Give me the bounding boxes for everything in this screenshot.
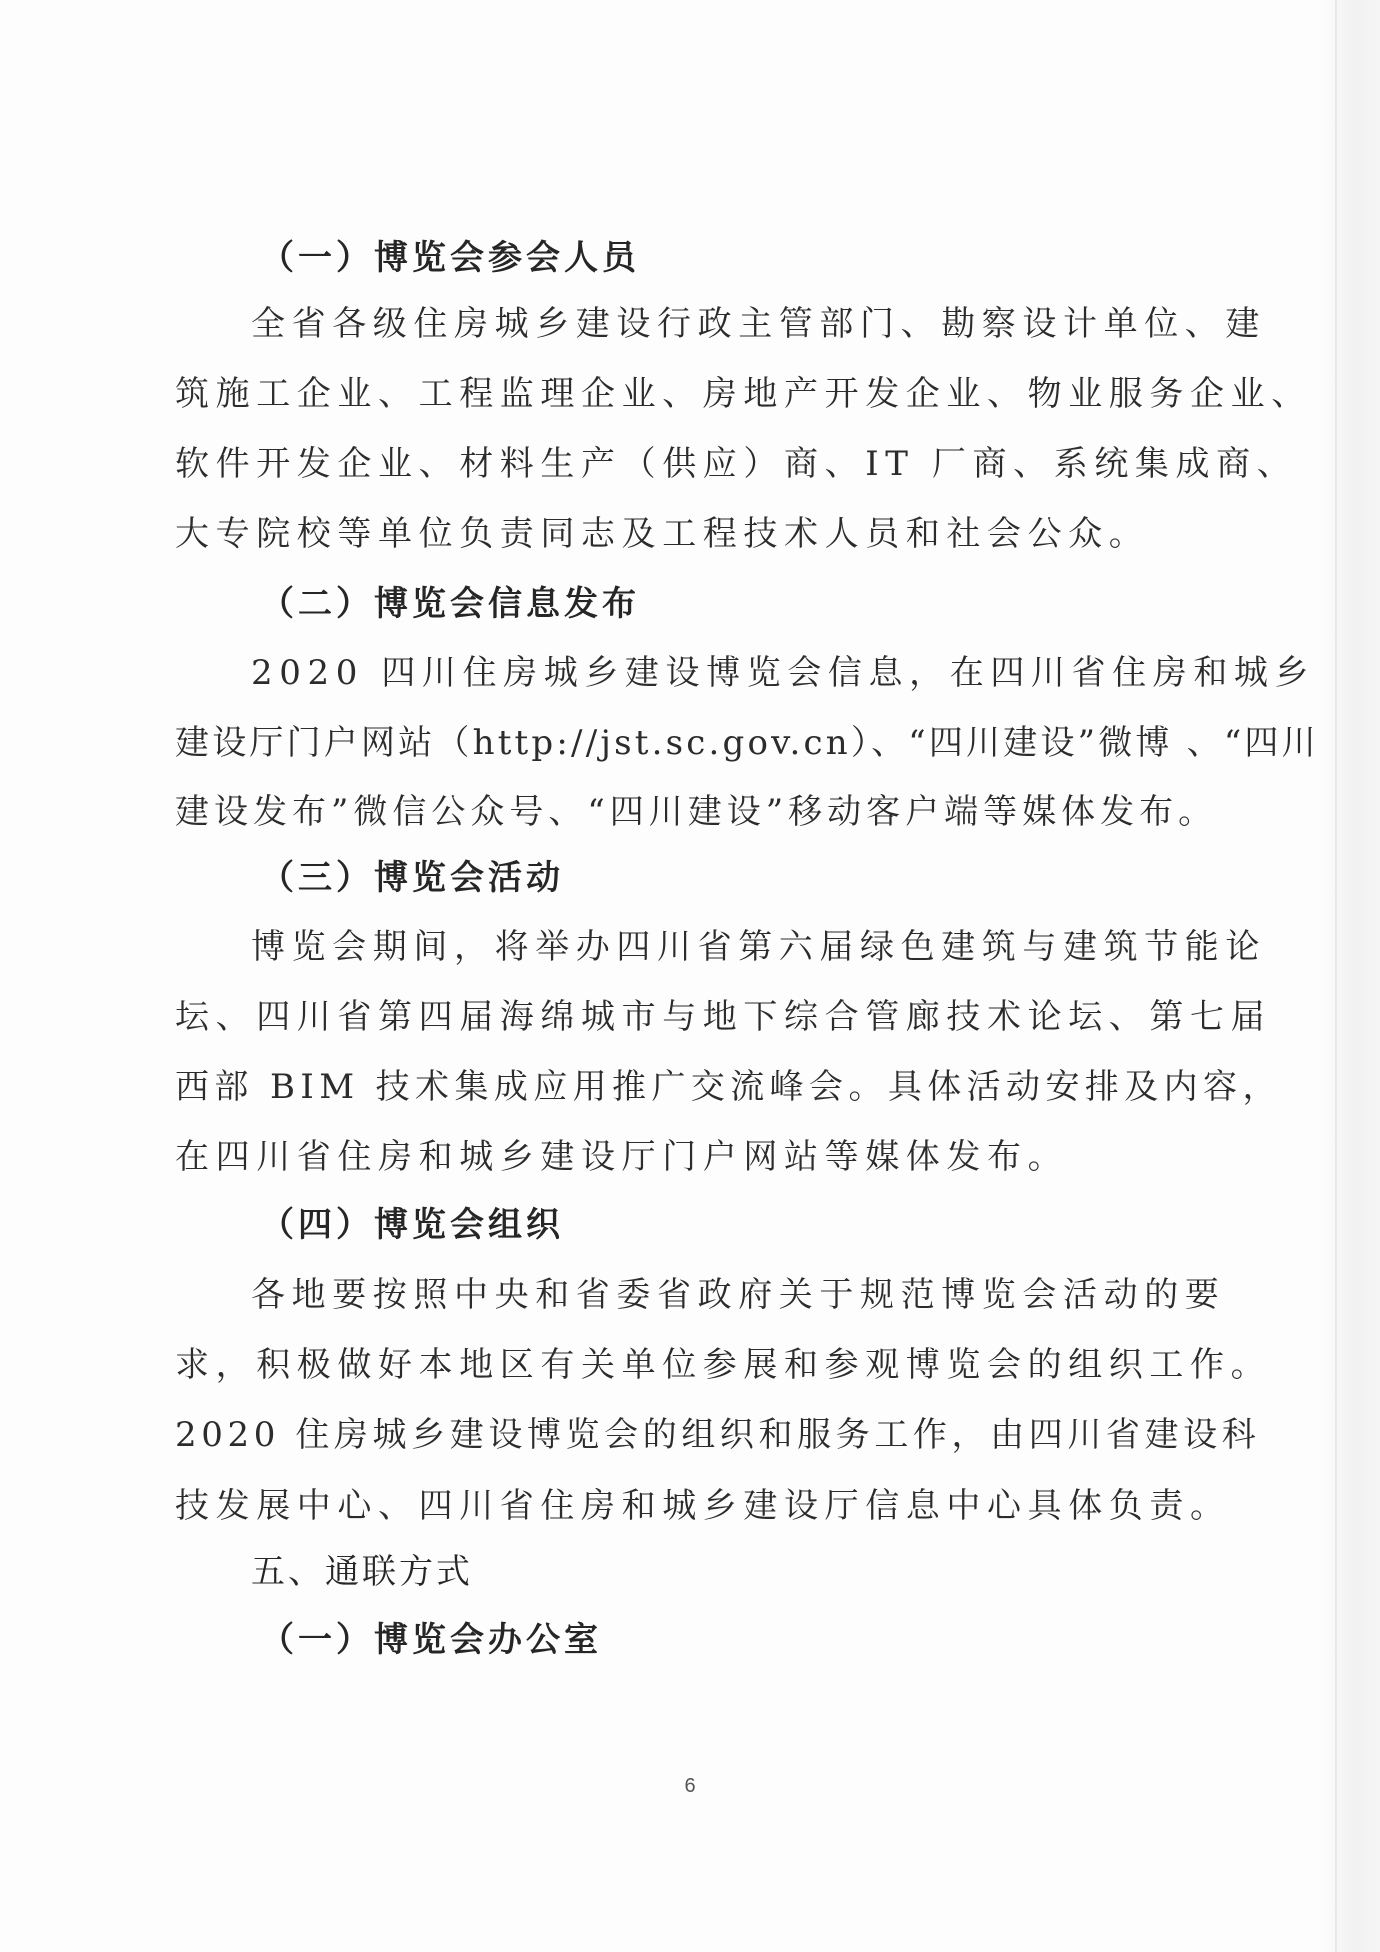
paragraph-line: 在四川省住房和城乡建设厅门户网站等媒体发布。 bbox=[175, 1135, 1068, 1179]
paragraph-line: 技发展中心、四川省住房和城乡建设厅信息中心具体负责。 bbox=[175, 1484, 1231, 1528]
paragraph-line: 软件开发企业、材料生产（供应）商、IT 厂商、系统集成商、 bbox=[175, 442, 1297, 486]
paragraph-line: 西部 BIM 技术集成应用推广交流峰会。具体活动安排及内容， bbox=[175, 1065, 1282, 1109]
page-number: 6 bbox=[0, 1775, 1380, 1798]
section-heading-attendees: （一）博览会参会人员 bbox=[260, 236, 640, 280]
paragraph-line: 2020 四川住房城乡建设博览会信息，在四川省住房和城乡 bbox=[251, 651, 1315, 695]
section-heading-info-release: （二）博览会信息发布 bbox=[260, 582, 640, 626]
paragraph-line-with-link: 建设厅门户网站（http://jst.sc.gov.cn）、“四川建设”微博 、… bbox=[175, 721, 1319, 765]
section-heading-activities: （三）博览会活动 bbox=[260, 856, 564, 900]
paragraph-line: 坛、四川省第四届海绵城市与地下综合管廊技术论坛、第七届 bbox=[175, 995, 1271, 1039]
paragraph-line: 博览会期间，将举办四川省第六届绿色建筑与建筑节能论 bbox=[251, 925, 1266, 969]
scan-artifact-edge bbox=[1320, 0, 1380, 1952]
section-heading-office: （一）博览会办公室 bbox=[260, 1618, 602, 1662]
paragraph-line: 大专院校等单位负责同志及工程技术人员和社会公众。 bbox=[175, 512, 1149, 556]
chapter-heading-contact: 五、通联方式 bbox=[251, 1550, 473, 1594]
paragraph-line: 求，积极做好本地区有关单位参展和参观博览会的组织工作。 bbox=[175, 1343, 1271, 1387]
paragraph-line: 各地要按照中央和省委省政府关于规范博览会活动的要 bbox=[251, 1273, 1225, 1317]
paragraph-line: 筑施工企业、工程监理企业、房地产开发企业、物业服务企业、 bbox=[175, 372, 1312, 416]
section-heading-organization: （四）博览会组织 bbox=[260, 1203, 564, 1247]
paragraph-line: 2020 住房城乡建设博览会的组织和服务工作，由四川省建设科 bbox=[175, 1413, 1260, 1457]
paragraph-line: 全省各级住房城乡建设行政主管部门、勘察设计单位、建 bbox=[251, 302, 1266, 346]
paragraph-line: 建设发布”微信公众号、“四川建设”移动客户端等媒体发布。 bbox=[175, 790, 1217, 834]
